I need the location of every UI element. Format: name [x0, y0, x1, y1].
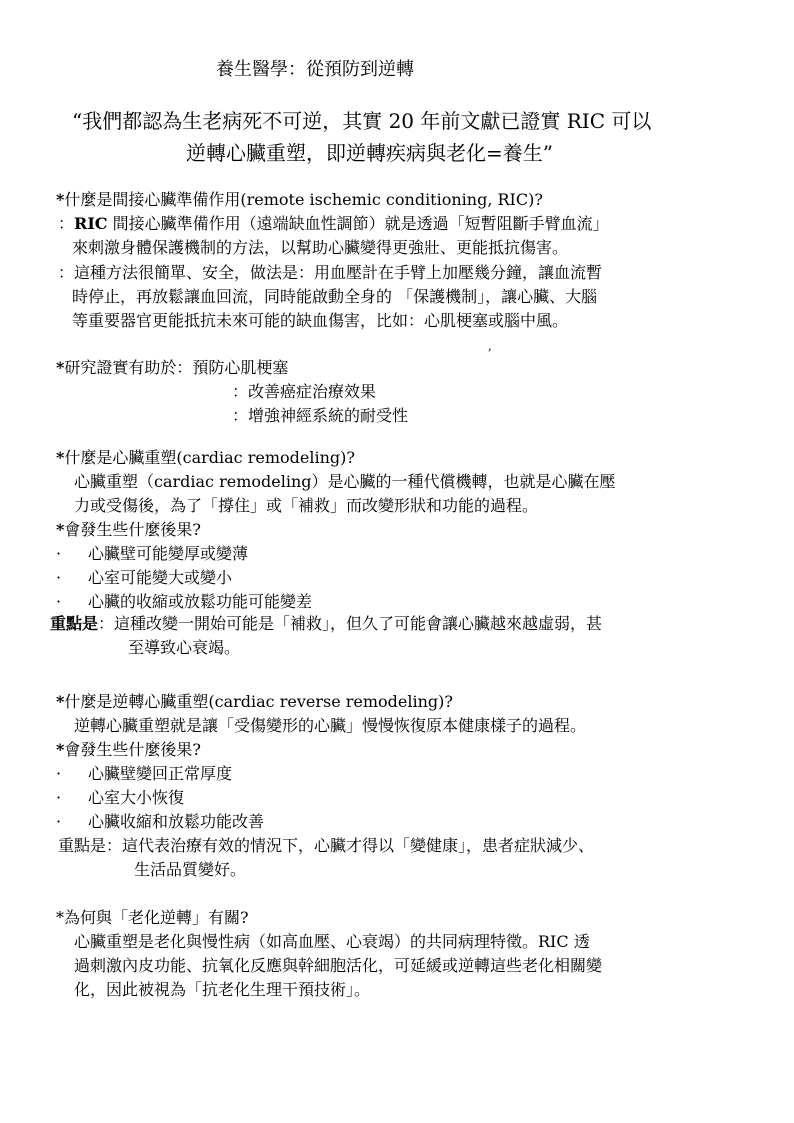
remodeling-consequence-heading: *會發生些什麼後果? [56, 520, 201, 540]
heading-text: 會發生些什麼後果? [64, 520, 201, 539]
remodeling-para-line2: 力或受傷後，為了「撐住」或「補救」而改變形狀和功能的過程。 [74, 496, 538, 516]
bullet-marker: · [56, 764, 88, 784]
research-item: 預防心肌梗塞 [192, 358, 288, 377]
aging-para-line2: 過刺激內皮功能、抗氧化反應與幹細胞活化，可延緩或逆轉這些老化相關變 [74, 956, 602, 976]
colon-marker: ： [232, 382, 248, 401]
section-reverse-heading: *什麼是逆轉心臟重塑(cardiac reverse remodeling)? [56, 692, 453, 712]
reverse-consequence-heading: *會發生些什麼後果? [56, 740, 201, 760]
heading-text: 什麼是逆轉心臟重塑(cardiac reverse remodeling)? [64, 692, 453, 711]
remodeling-keypoint-line2: 至導致心衰竭。 [128, 638, 240, 658]
bullet-marker: · [56, 788, 88, 808]
ric-para2-line3: 等重要器官更能抵抗未來可能的缺血傷害，比如：心肌梗塞或腦中風。 [72, 311, 568, 331]
reverse-keypoint-line2: 生活品質變好。 [134, 860, 246, 880]
aging-para-line3: 化，因此被視為「抗老化生理干預技術」。 [74, 980, 370, 1000]
remodeling-para-line1: 心臟重塑（cardiac remodeling）是心臟的一種代償機轉，也就是心臟… [74, 472, 616, 492]
list-item-text: 心室可能變大或變小 [88, 568, 232, 587]
para-text: 這種方法很簡單、安全，做法是：用血壓計在手臂上加壓幾分鐘，讓血流暫 [74, 263, 602, 282]
list-item: ·心室大小恢復 [56, 788, 184, 808]
para-text: 間接心臟準備作用（遠端缺血性調節）就是透過「短暫阻斷手臂血流」 [108, 214, 609, 233]
heading-text: 為何與「老化逆轉」有關? [64, 908, 249, 927]
colon-marker: ： [58, 263, 74, 282]
ric-abbrev: RIC [74, 214, 108, 233]
section-aging-heading: *為何與「老化逆轉」有關? [56, 908, 249, 928]
stray-comma: , [488, 336, 492, 356]
ric-para1-line2: 來刺激身體保護機制的方法，以幫助心臟變得更強壯、更能抵抗傷害。 [72, 238, 568, 258]
research-label: 研究證實有助於： [64, 358, 192, 377]
reverse-keypoint-line1: 重點是：這代表治療有效的情況下，心臟才得以「變健康」，患者症狀減少、 [58, 836, 594, 856]
list-item-text: 心臟壁變回正常厚度 [88, 764, 232, 783]
quote-line-1: “我們都認為生老病死不可逆，其實 20 年前文獻已證實 RIC 可以 [72, 108, 651, 134]
page-title: 養生醫學：從預防到逆轉 [216, 60, 414, 80]
bullet-marker: · [56, 592, 88, 612]
list-item: ·心臟的收縮或放鬆功能可能變差 [56, 592, 312, 612]
section-remodeling-heading: *什麼是心臟重塑(cardiac remodeling)? [56, 448, 355, 468]
bullet-marker: · [56, 544, 88, 564]
bullet-marker: · [56, 812, 88, 832]
research-row-2: ：改善癌症治療效果 [232, 382, 376, 402]
remodeling-keypoint-line1: 重點是：這種改變一開始可能是「補救」，但久了可能會讓心臟越來越虛弱，甚 [50, 614, 602, 634]
list-item-text: 心室大小恢復 [88, 788, 184, 807]
asterisk-marker: * [56, 908, 64, 927]
colon-marker: ： [232, 406, 248, 425]
list-item-text: 心臟收縮和放鬆功能改善 [88, 812, 264, 831]
ric-para2-line1: ：這種方法很簡單、安全，做法是：用血壓計在手臂上加壓幾分鐘，讓血流暫 [58, 263, 602, 283]
section-ric-heading: *什麼是間接心臟準備作用(remote ischemic conditionin… [56, 190, 543, 210]
reverse-para-line1: 逆轉心臟重塑就是讓「受傷變形的心臟」慢慢恢復原本健康樣子的過程。 [74, 716, 586, 736]
keypoint-text: ：這種改變一開始可能是「補救」，但久了可能會讓心臟越來越虛弱，甚 [98, 614, 602, 633]
research-item: 增強神經系統的耐受性 [248, 406, 408, 425]
list-item: ·心室可能變大或變小 [56, 568, 232, 588]
colon-marker: ： [58, 214, 74, 233]
heading-text: 會發生些什麼後果? [64, 740, 201, 759]
heading-text: 什麼是心臟重塑(cardiac remodeling)? [64, 448, 355, 467]
keypoint-label: 重點是 [50, 614, 98, 633]
list-item-text: 心臟壁可能變厚或變薄 [88, 544, 248, 563]
quote-line-2: 逆轉心臟重塑，即逆轉疾病與老化=養生” [186, 140, 553, 166]
list-item: ·心臟收縮和放鬆功能改善 [56, 812, 264, 832]
ric-para1-line1: ：RIC 間接心臟準備作用（遠端缺血性調節）就是透過「短暫阻斷手臂血流」 [58, 214, 609, 234]
bullet-marker: · [56, 568, 88, 588]
research-row-1: *研究證實有助於：預防心肌梗塞 [56, 358, 288, 378]
ric-para2-line2: 時停止，再放鬆讓血回流，同時能啟動全身的 「保護機制」，讓心臟、大腦 [72, 287, 597, 307]
research-row-3: ：增強神經系統的耐受性 [232, 406, 408, 426]
heading-text: 什麼是間接心臟準備作用(remote ischemic conditioning… [64, 190, 543, 209]
aging-para-line1: 心臟重塑是老化與慢性病（如高血壓、心衰竭）的共同病理特徵。RIC 透 [74, 932, 590, 952]
list-item: ·心臟壁變回正常厚度 [56, 764, 232, 784]
list-item-text: 心臟的收縮或放鬆功能可能變差 [88, 592, 312, 611]
research-item: 改善癌症治療效果 [248, 382, 376, 401]
list-item: ·心臟壁可能變厚或變薄 [56, 544, 248, 564]
